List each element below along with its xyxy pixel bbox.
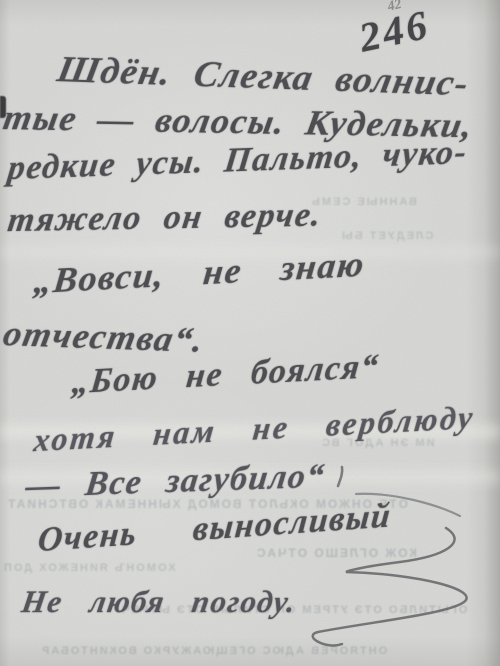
bleedthrough-text: СЛЕДУЕТ БЫ: [340, 230, 433, 242]
bleedthrough-text: ХОМОНЪ ЯИНЕЖОХ ДОП: [2, 562, 176, 574]
handwritten-line-1: Шдён. Слегка волнис-: [54, 48, 473, 105]
page-number: 246: [355, 0, 434, 61]
handwritten-line-11: Не любя погоду.: [19, 584, 299, 620]
bleedthrough-text: ОНТЯОРЕВ АДЮС ОГЕЩЮАЖУРКО ВОКИНТОБАР: [40, 645, 387, 657]
handwritten-line-4: тяжело он верче.: [5, 196, 324, 240]
handwritten-line-6: отчества“.: [0, 312, 208, 361]
scanned-manuscript-page: ВАННЫЕ СЕМЬ СЛЕДУЕТ БЫ ИМ ЭН АДОГ ВС ОТЕ…: [0, 0, 500, 666]
handwritten-line-8: хотя нам не верблюду: [32, 399, 477, 459]
bleedthrough-text: ВАННЫЕ СЕМЬ: [310, 196, 417, 208]
handwritten-line-3: редкие усы. Пальто, чуко-: [6, 134, 470, 188]
bleedthrough-text: КОЖ ОГЛЕШО ОТЧАС: [255, 546, 417, 560]
